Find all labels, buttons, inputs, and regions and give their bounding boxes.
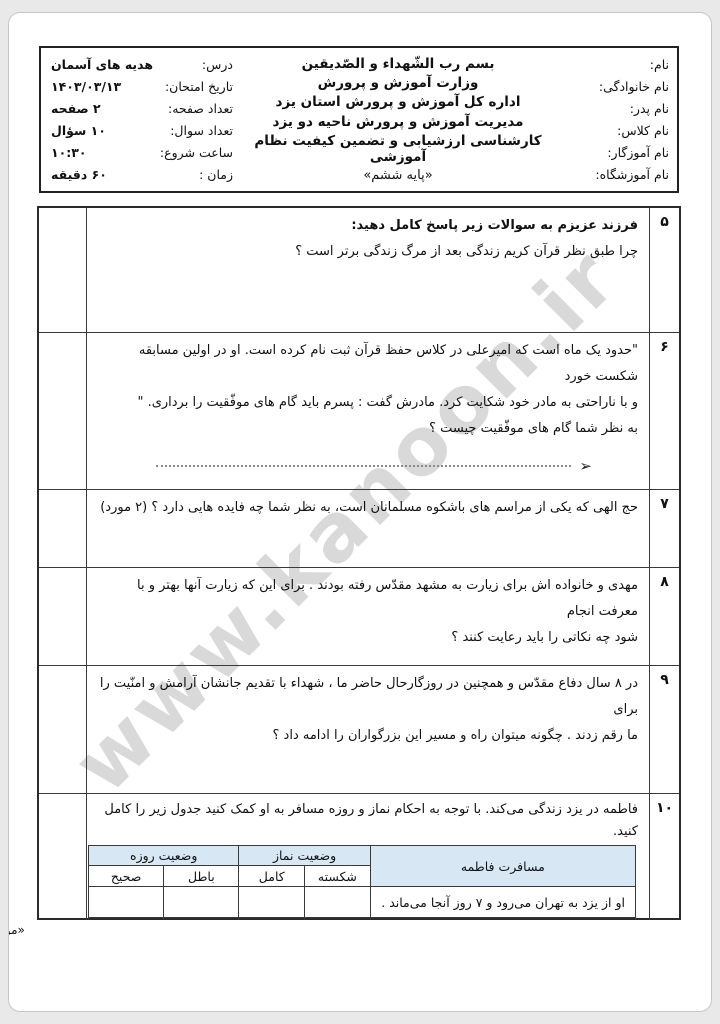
exam-info-column: درس: هدیه های آسمان تاریخ امتحان: ۱۴۰۳/۰… [41,48,241,191]
exam-info-row: تاریخ امتحان: ۱۴۰۳/۰۳/۱۳ [51,79,233,94]
question-6-text-line1: "حدود یک ماه است که امیرعلی در کلاس حفظ … [94,338,638,390]
fasting-valid-header-cell: صحیح [89,866,164,887]
question-row-9: ۹ در ۸ سال دفاع مقدّس و همچنین در روزگار… [39,666,679,794]
arrowhead-bullet-icon: ➢ [579,453,592,479]
question-row-6: ۶ "حدود یک ماه است که امیرعلی در کلاس حف… [39,333,679,490]
basmala-line: بسم رب الشّهداء و الصّدیقین [245,56,551,72]
page-count-value: ۲ صفحه [51,101,101,116]
family-name-label: نام خانوادگی: [563,79,669,94]
question-count-value: ۱۰ سؤال [51,123,106,138]
duration-label: زمان : [199,167,233,182]
father-name-label: نام پدر: [563,101,669,116]
grade-line: «پایه ششم» [245,168,551,183]
travel-rulings-table: مسافرت فاطمه وضعیت نماز وضعیت روزه شکسته… [88,845,636,920]
question-number: ۸ [649,568,679,665]
prayer-complete-header-cell: کامل [239,866,305,887]
course-value: هدیه های آسمان [51,57,153,72]
table-row: او بعدازظهر به قم می‌رود و فردا قبل‌ازظه… [89,918,636,921]
question-number: ۵ [649,208,679,332]
answer-cell-empty [239,918,305,921]
trip-description-cell: او از یزد به تهران می‌رود و ۷ روز آنجا م… [370,887,635,918]
question-row-7: ۷ حج الهی که یکی از مراسم های باشکوه مسل… [39,490,679,568]
question-9-text-line1: در ۸ سال دفاع مقدّس و همچنین در روزگارحا… [94,671,638,723]
answer-cell-empty [305,887,371,918]
fasting-invalid-header-cell: باطل [164,866,239,887]
dotted-answer-line [156,465,571,467]
table-header-row-groups: مسافرت فاطمه وضعیت نماز وضعیت روزه [89,846,636,866]
trip-description-cell: او بعدازظهر به قم می‌رود و فردا قبل‌ازظه… [370,918,635,921]
question-8-text-line1: مهدی و خانواده اش برای زیارت به مشهد مقد… [94,573,638,625]
start-time-value: ۱۰:۳۰ [51,145,87,160]
district-office-line: مدیریت آموزش و پرورش ناحیه دو یزد [245,114,551,130]
teacher-name-label: نام آموزگار: [563,145,669,160]
exam-info-row: زمان : ۶۰ دقیقه [51,167,233,182]
question-6-text-line2: و با ناراحتی به مادر خود شکایت کرد. مادر… [94,390,638,416]
answer-blank-row: ➢ [94,456,592,476]
exam-info-row: درس: هدیه های آسمان [51,57,233,72]
question-row-5: ۵ فرزند عزیزم به سوالات زیر پاسخ کامل ده… [39,208,679,333]
question-content: فاطمه در یزد زندگی می‌کند. با توجه به اح… [88,794,648,920]
answer-cell-empty [239,887,305,918]
authority-column: بسم رب الشّهداء و الصّدیقین وزارت آموزش … [241,48,555,191]
table-row: او از یزد به تهران می‌رود و ۷ روز آنجا م… [89,887,636,918]
ministry-line: وزارت آموزش و پرورش [245,75,551,91]
exam-info-row: ساعت شروع: ۱۰:۳۰ [51,145,233,160]
good-luck-note: «موفق باشید» [8,923,71,937]
exam-date-value: ۱۴۰۳/۰۳/۱۳ [51,79,121,94]
course-label: درس: [202,57,233,72]
exam-sheet-page: www.kanoon.ir نام: نام خانوادگی: نام پدر… [8,12,712,1012]
duration-value: ۶۰ دقیقه [51,167,107,182]
answer-cell-empty [89,918,164,921]
question-content: "حدود یک ماه است که امیرعلی در کلاس حفظ … [88,333,648,489]
name-label: نام: [563,57,669,72]
school-name-label: نام آموزشگاه: [563,167,669,182]
question-count-label: تعداد سوال: [170,123,233,138]
answer-cell-empty [305,918,371,921]
page-count-label: تعداد صفحه: [168,101,233,116]
score-cell [39,666,87,793]
question-5-intro: فرزند عزیزم به سوالات زیر پاسخ کامل دهید… [94,213,638,239]
answer-cell-empty [89,887,164,918]
evaluation-office-line: کارشناسی ارزشیابی و تضمین کیفیت نظام آمو… [245,133,551,165]
class-name-label: نام کلاس: [563,123,669,138]
province-office-line: اداره کل آموزش و پرورش استان یزد [245,94,551,110]
fasting-group-header-cell: وضعیت روزه [89,846,239,866]
question-number: ۶ [649,333,679,489]
exam-date-label: تاریخ امتحان: [165,79,233,94]
question-9-text-line2: ما رقم زدند . چگونه میتوان راه و مسیر ای… [94,723,638,749]
prayer-group-header-cell: وضعیت نماز [239,846,370,866]
question-number: ۹ [649,666,679,793]
answer-cell-empty [164,887,239,918]
question-6-text-line3: به نظر شما گام های موفّقیت چیست ؟ [94,416,638,442]
question-7-text: حج الهی که یکی از مراسم های باشکوه مسلما… [94,495,638,521]
exam-info-row: تعداد سوال: ۱۰ سؤال [51,123,233,138]
answer-cell-empty [164,918,239,921]
start-time-label: ساعت شروع: [160,145,233,160]
score-cell [39,208,87,332]
question-10-text: فاطمه در یزد زندگی می‌کند. با توجه به اح… [94,799,638,843]
questions-table: ۵ فرزند عزیزم به سوالات زیر پاسخ کامل ده… [37,206,681,920]
exam-info-row: تعداد صفحه: ۲ صفحه [51,101,233,116]
score-cell [39,568,87,665]
score-cell [39,490,87,567]
score-cell [39,794,87,920]
question-row-8: ۸ مهدی و خانواده اش برای زیارت به مشهد م… [39,568,679,666]
arrowhead-bullet-icon: ➢ [579,487,592,489]
question-content: حج الهی که یکی از مراسم های باشکوه مسلما… [88,490,648,567]
student-info-column: نام: نام خانوادگی: نام پدر: نام کلاس: نا… [555,48,677,191]
prayer-broken-header-cell: شکسته [305,866,371,887]
question-number: ۱۰ [649,794,679,920]
question-number: ۷ [649,490,679,567]
exam-header-box: نام: نام خانوادگی: نام پدر: نام کلاس: نا… [39,46,679,193]
question-content: مهدی و خانواده اش برای زیارت به مشهد مقد… [88,568,648,665]
question-row-10: ۱۰ فاطمه در یزد زندگی می‌کند. با توجه به… [39,794,679,920]
question-content: فرزند عزیزم به سوالات زیر پاسخ کامل دهید… [88,208,648,332]
question-content: در ۸ سال دفاع مقدّس و همچنین در روزگارحا… [88,666,648,793]
travel-header-cell: مسافرت فاطمه [370,846,635,887]
question-5-text: چرا طبق نظر قرآن کریم زندگی بعد از مرگ ز… [94,239,638,265]
score-cell [39,333,87,489]
question-8-text-line2: شود چه نکاتی را باید رعایت کنند ؟ [94,625,638,651]
